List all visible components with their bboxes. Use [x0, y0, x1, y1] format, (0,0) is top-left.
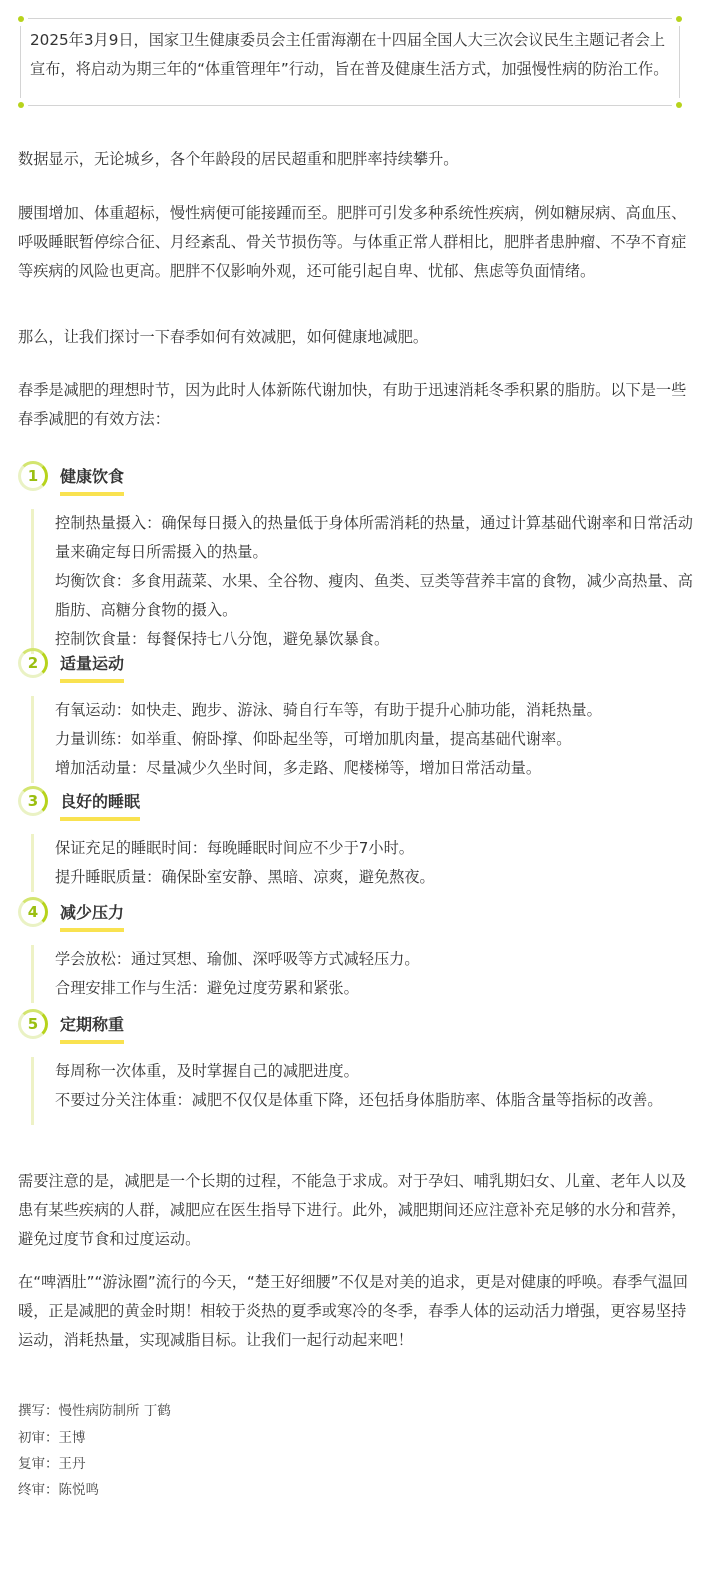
list-item: 均衡饮食：多食用蔬菜、水果、全谷物、瘦肉、鱼类、豆类等营养丰富的食物，减少高热量…: [55, 567, 698, 625]
section-header: 4 减少压力: [18, 897, 698, 937]
list-item: 学会放松：通过冥想、瑜伽、深呼吸等方式减轻压力。: [55, 945, 698, 974]
section-header: 5 定期称重: [18, 1009, 698, 1049]
list-item: 控制热量摄入：确保每日摄入的热量低于身体所需消耗的热量，通过计算基础代谢率和日常…: [55, 509, 698, 567]
box-border-left: [20, 26, 21, 98]
section-reduce-stress: 4 减少压力 学会放松：通过冥想、瑜伽、深呼吸等方式减轻压力。 合理安排工作与生…: [18, 897, 698, 1003]
section-title: 适量运动: [60, 651, 124, 683]
list-item: 不要过分关注体重：减肥不仅仅是体重下降，还包括身体脂肪率、体脂含量等指标的改善。: [55, 1086, 698, 1115]
credit-first-review: 初审：王博: [18, 1425, 86, 1451]
list-item: 保证充足的睡眠时间：每晚睡眠时间应不少于7小时。: [55, 834, 698, 863]
section-body: 学会放松：通过冥想、瑜伽、深呼吸等方式减轻压力。 合理安排工作与生活：避免过度劳…: [31, 945, 698, 1003]
number-circle-icon: 3: [18, 786, 48, 816]
corner-dot-icon: [676, 102, 682, 108]
box-border-right: [679, 26, 680, 98]
section-healthy-diet: 1 健康饮食 控制热量摄入：确保每日摄入的热量低于身体所需消耗的热量，通过计算基…: [18, 461, 698, 654]
paragraph: 数据显示，无论城乡，各个年龄段的居民超重和肥胖率持续攀升。: [18, 145, 688, 174]
section-title: 减少压力: [60, 900, 124, 932]
section-title: 良好的睡眠: [60, 789, 140, 821]
corner-dot-icon: [18, 16, 24, 22]
box-border-bottom: [28, 105, 672, 106]
list-item: 增加活动量：尽量减少久坐时间，多走路、爬楼梯等，增加日常活动量。: [55, 754, 698, 783]
credit-second-review: 复审：王丹: [18, 1451, 86, 1477]
section-moderate-exercise: 2 适量运动 有氧运动：如快走、跑步、游泳、骑自行车等，有助于提升心肺功能，消耗…: [18, 648, 698, 783]
credit-author: 撰写：慢性病防制所 丁鹤: [18, 1398, 171, 1424]
section-header: 2 适量运动: [18, 648, 698, 688]
section-regular-weighing: 5 定期称重 每周称一次体重，及时掌握自己的减肥进度。 不要过分关注体重：减肥不…: [18, 1009, 698, 1125]
corner-dot-icon: [18, 102, 24, 108]
paragraph: 那么，让我们探讨一下春季如何有效减肥，如何健康地减肥。: [18, 323, 688, 352]
section-body: 控制热量摄入：确保每日摄入的热量低于身体所需消耗的热量，通过计算基础代谢率和日常…: [31, 509, 698, 654]
number-circle-icon: 5: [18, 1009, 48, 1039]
intro-text: 2025年3月9日，国家卫生健康委员会主任雷海潮在十四届全国人大三次会议民生主题…: [30, 26, 670, 84]
section-good-sleep: 3 良好的睡眠 保证充足的睡眠时间：每晚睡眠时间应不少于7小时。 提升睡眠质量：…: [18, 786, 698, 892]
number-circle-icon: 1: [18, 461, 48, 491]
section-title: 健康饮食: [60, 464, 124, 496]
paragraph: 春季是减肥的理想时节，因为此时人体新陈代谢加快，有助于迅速消耗冬季积累的脂肪。以…: [18, 376, 688, 434]
paragraph: 在“啤酒肚”“游泳圈”流行的今天，“楚王好细腰”不仅是对美的追求，更是对健康的呼…: [18, 1268, 688, 1355]
number-circle-icon: 4: [18, 897, 48, 927]
list-item: 有氧运动：如快走、跑步、游泳、骑自行车等，有助于提升心肺功能，消耗热量。: [55, 696, 698, 725]
section-body: 每周称一次体重，及时掌握自己的减肥进度。 不要过分关注体重：减肥不仅仅是体重下降…: [31, 1057, 698, 1125]
list-item: 力量训练：如举重、俯卧撑、仰卧起坐等，可增加肌肉量，提高基础代谢率。: [55, 725, 698, 754]
box-border-top: [28, 18, 672, 19]
section-header: 1 健康饮食: [18, 461, 698, 501]
list-item: 每周称一次体重，及时掌握自己的减肥进度。: [55, 1057, 698, 1086]
paragraph: 腰围增加、体重超标，慢性病便可能接踵而至。肥胖可引发多种系统性疾病，例如糖尿病、…: [18, 199, 688, 286]
section-body: 保证充足的睡眠时间：每晚睡眠时间应不少于7小时。 提升睡眠质量：确保卧室安静、黑…: [31, 834, 698, 892]
list-item: 提升睡眠质量：确保卧室安静、黑暗、凉爽，避免熬夜。: [55, 863, 698, 892]
credit-final-review: 终审：陈悦鸣: [18, 1477, 99, 1503]
number-circle-icon: 2: [18, 648, 48, 678]
section-title: 定期称重: [60, 1012, 124, 1044]
section-body: 有氧运动：如快走、跑步、游泳、骑自行车等，有助于提升心肺功能，消耗热量。 力量训…: [31, 696, 698, 783]
paragraph: 需要注意的是，减肥是一个长期的过程，不能急于求成。对于孕妇、哺乳期妇女、儿童、老…: [18, 1167, 688, 1254]
section-header: 3 良好的睡眠: [18, 786, 698, 826]
intro-callout-box: 2025年3月9日，国家卫生健康委员会主任雷海潮在十四届全国人大三次会议民生主题…: [18, 16, 682, 108]
corner-dot-icon: [676, 16, 682, 22]
list-item: 合理安排工作与生活：避免过度劳累和紧张。: [55, 974, 698, 1003]
